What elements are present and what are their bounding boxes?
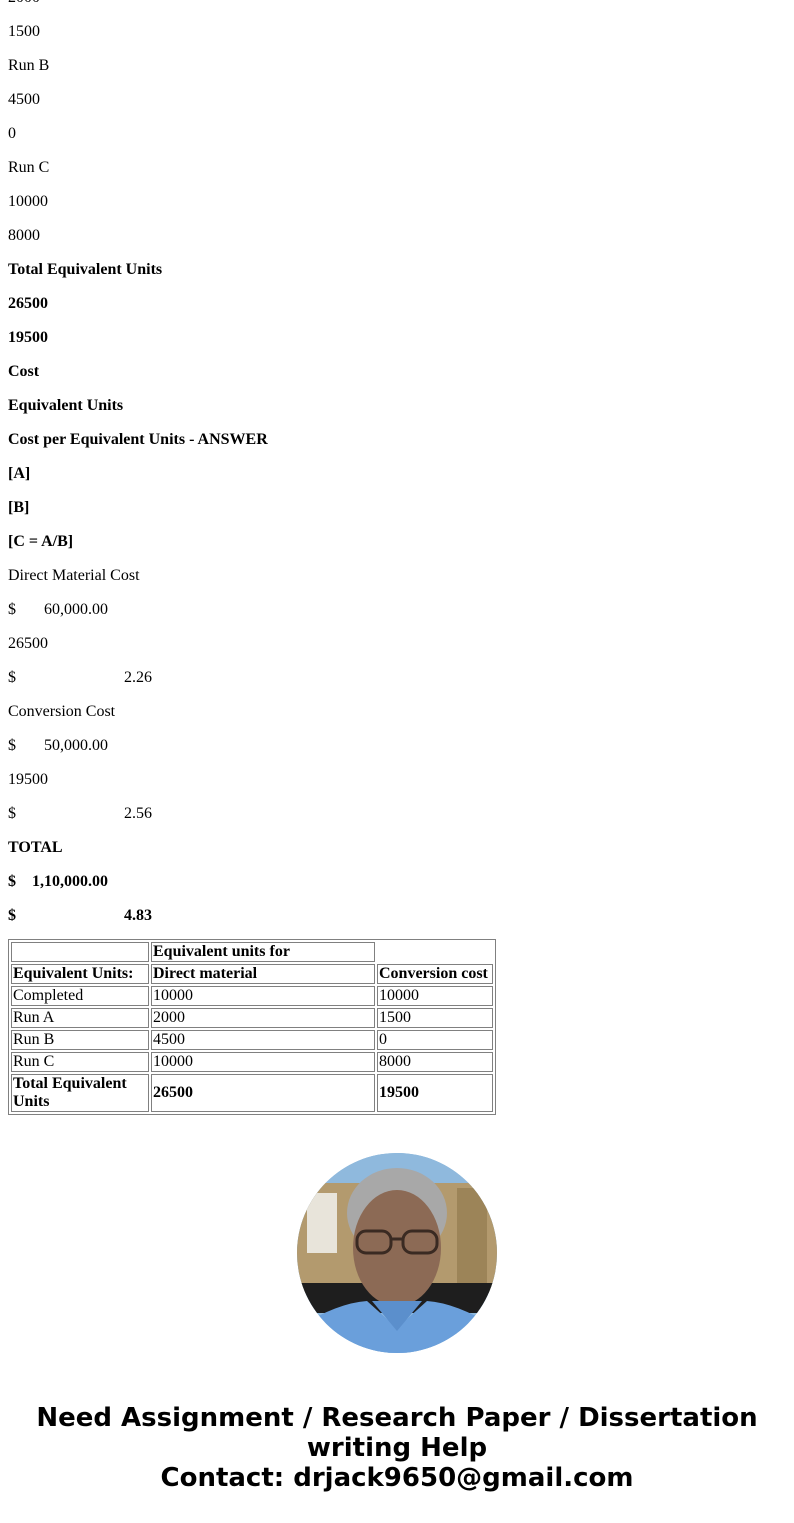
table-cell: Run B [11, 1030, 149, 1050]
text-line: 4500 [8, 91, 786, 125]
text-line: 2000 [8, 0, 786, 23]
table-cell: 2000 [151, 1008, 375, 1028]
text-line-total-cc: 19500 [8, 329, 786, 363]
dm-cost-value: 60,000.00 [44, 601, 108, 618]
contact-banner: Need Assignment / Research Paper / Disse… [0, 1403, 794, 1493]
currency-symbol: $ [8, 873, 32, 891]
text-line-total-label: Total Equivalent Units [8, 261, 786, 295]
text-line: 8000 [8, 227, 786, 261]
table-cell: 10000 [377, 986, 493, 1006]
label-a: [A] [8, 465, 786, 499]
heading-cost-per-unit: Cost per Equivalent Units - ANSWER [8, 431, 786, 465]
currency-symbol: $ [8, 669, 124, 687]
table-row: Completed 10000 10000 [11, 986, 493, 1006]
equivalent-units-table: Equivalent units for Equivalent Units: D… [8, 939, 496, 1115]
total-cost: $1,10,000.00 [8, 873, 786, 907]
cc-cost: $50,000.00 [8, 737, 786, 771]
table-row: Run B 4500 0 [11, 1030, 493, 1050]
table-total-row: Total Equivalent Units 26500 19500 [11, 1074, 493, 1112]
table-row: Run A 2000 1500 [11, 1008, 493, 1028]
table-cell: 0 [377, 1030, 493, 1050]
table-header-direct-material: Direct material [151, 964, 375, 984]
cc-cost-per-unit-value: 2.56 [124, 805, 152, 822]
table-group-header-row: Equivalent units for [11, 942, 493, 962]
text-line: 10000 [8, 193, 786, 227]
table-total-label: Total Equivalent Units [11, 1074, 149, 1112]
table-group-header: Equivalent units for [151, 942, 375, 962]
label-c: [C = A/B] [8, 533, 786, 567]
table-cell: 4500 [151, 1030, 375, 1050]
dm-cost: $60,000.00 [8, 601, 786, 635]
table-header-label: Equivalent Units: [11, 964, 149, 984]
table-cell-empty [11, 942, 149, 962]
dm-equivalent-units: 26500 [8, 635, 786, 669]
dm-cost-per-unit-value: 2.26 [124, 669, 152, 686]
currency-symbol: $ [8, 805, 124, 823]
table-cell: Run A [11, 1008, 149, 1028]
text-line: Run B [8, 57, 786, 91]
cc-label: Conversion Cost [8, 703, 786, 737]
cc-equivalent-units: 19500 [8, 771, 786, 805]
table-total-direct-material: 26500 [151, 1074, 375, 1112]
total-cost-per-unit: $4.83 [8, 907, 786, 941]
dm-label: Direct Material Cost [8, 567, 786, 601]
text-line-total-dm: 26500 [8, 295, 786, 329]
footer-line-1: Need Assignment / Research Paper / Disse… [0, 1403, 794, 1433]
document-body: 2000 1500 Run B 4500 0 Run C 10000 8000 … [8, 0, 786, 941]
footer-contact-email: Contact: drjack9650@gmail.com [0, 1463, 794, 1493]
table-cell-blank [377, 942, 493, 962]
cc-cost-value: 50,000.00 [44, 737, 108, 754]
table-total-conversion-cost: 19500 [377, 1074, 493, 1112]
author-portrait-icon [297, 1153, 497, 1353]
table-cell: Completed [11, 986, 149, 1006]
table-cell: 1500 [377, 1008, 493, 1028]
table-cell: 10000 [151, 1052, 375, 1072]
label-b: [B] [8, 499, 786, 533]
text-line: 0 [8, 125, 786, 159]
table-header-conversion-cost: Conversion cost [377, 964, 493, 984]
heading-cost: Cost [8, 363, 786, 397]
text-line: 1500 [8, 23, 786, 57]
currency-symbol: $ [8, 907, 124, 925]
currency-symbol: $ [8, 601, 44, 619]
heading-equivalent-units: Equivalent Units [8, 397, 786, 431]
dm-cost-per-unit: $2.26 [8, 669, 786, 703]
total-cost-per-unit-value: 4.83 [124, 907, 152, 924]
cc-cost-per-unit: $2.56 [8, 805, 786, 839]
table-cell: 8000 [377, 1052, 493, 1072]
table-cell: 10000 [151, 986, 375, 1006]
portrait-illustration [297, 1153, 497, 1353]
total-label: TOTAL [8, 839, 786, 873]
table-header-row: Equivalent Units: Direct material Conver… [11, 964, 493, 984]
text-line: Run C [8, 159, 786, 193]
total-cost-value: 1,10,000.00 [32, 873, 108, 890]
table-cell: Run C [11, 1052, 149, 1072]
footer-line-2: writing Help [0, 1433, 794, 1463]
table-row: Run C 10000 8000 [11, 1052, 493, 1072]
currency-symbol: $ [8, 737, 44, 755]
